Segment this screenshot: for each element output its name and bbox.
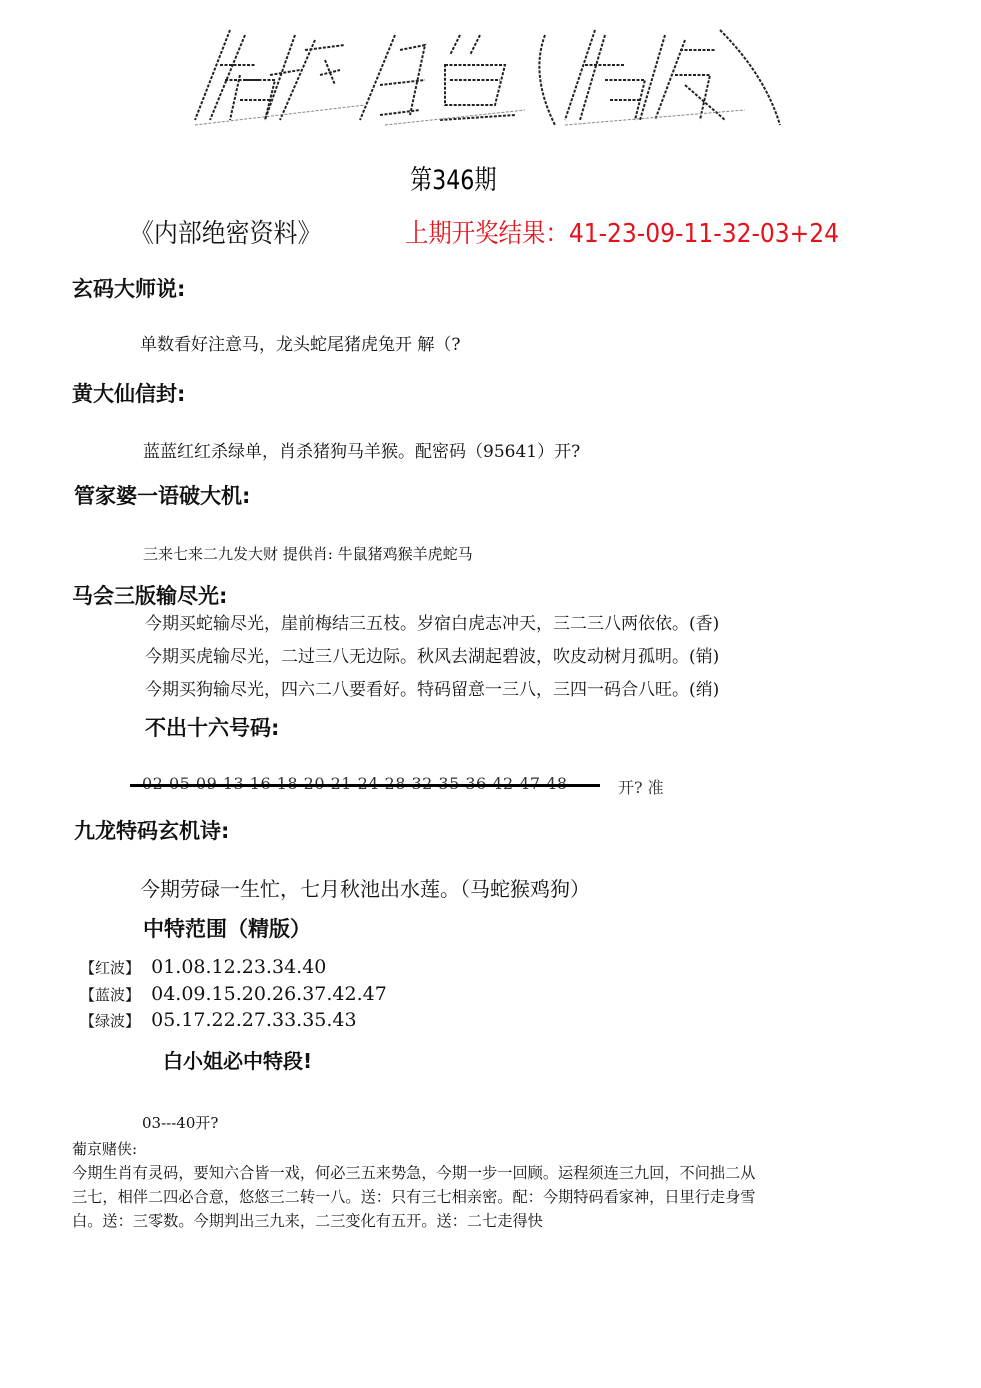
- section-heading-xuanma: 玄码大师说:: [72, 273, 185, 303]
- banner-sketch-graphic: [185, 25, 790, 135]
- wave-numbers-green: 05.17.22.27.33.35.43: [151, 1009, 356, 1031]
- mahui-line-2: 今期买虎输尽光，二过三八无边际。秋风去湖起碧波，吹皮动树月孤明。(销): [145, 642, 719, 667]
- section-text-baixiaojie: 03---40开?: [142, 1112, 218, 1133]
- banner-title: [185, 25, 790, 135]
- wave-row-blue: 【蓝波】 04.09.15.20.26.37.42.47: [80, 983, 387, 1005]
- wave-label-blue: 【蓝波】: [80, 986, 140, 1004]
- section-heading-pujing: 葡京赌侠:: [72, 1138, 137, 1159]
- wave-label-red: 【红波】: [80, 959, 140, 977]
- section-heading-jiulong: 九龙特码玄机诗:: [74, 815, 229, 845]
- strikethrough-line: [130, 784, 600, 787]
- section-text-guanjiapo: 三来七来二九发大财 提供肖: 牛鼠猪鸡猴羊虎蛇马: [143, 543, 473, 564]
- issue-number: 第346期: [410, 158, 497, 197]
- wave-label-green: 【绿波】: [80, 1012, 140, 1030]
- internal-materials-label: 《内部绝密资料》: [130, 213, 321, 250]
- section-heading-guanjiapo: 管家婆一语破大机:: [74, 480, 250, 510]
- section-heading-no16: 不出十六号码:: [145, 712, 279, 742]
- pujing-line-1: 今期生肖有灵码，要知六合皆一戏，何必三五来势急，今期一步一回顾。运程须连三九回，…: [72, 1162, 755, 1183]
- excluded-suffix: 开? 准: [618, 775, 664, 798]
- wave-numbers-blue: 04.09.15.20.26.37.42.47: [151, 983, 387, 1005]
- section-text-huangdaxian: 蓝蓝红红杀绿单，肖杀猪狗马羊猴。配密码（95641）开?: [143, 437, 580, 462]
- section-text-jiulong: 今期劳碌一生忙，七月秋池出水莲。（马蛇猴鸡狗）: [140, 873, 590, 902]
- section-heading-mahui: 马会三版输尽光:: [72, 580, 227, 610]
- wave-row-red: 【红波】 01.08.12.23.34.40: [80, 956, 326, 978]
- pujing-line-2: 三七，相伴二四必合意，悠悠三二转一八。送：只有三七相亲密。配：今期特码看家神，日…: [72, 1186, 755, 1207]
- wave-numbers-red: 01.08.12.23.34.40: [151, 956, 326, 978]
- mahui-line-3: 今期买狗输尽光，四六二八要看好。特码留意一三八，三四一码合八旺。(绡): [145, 675, 719, 700]
- last-result-numbers: 41-23-09-11-32-03+24: [569, 219, 839, 249]
- section-text-xuanma: 单数看好注意马，龙头蛇尾猪虎兔开 解（?: [140, 330, 461, 355]
- last-draw-result: 上期开奖结果：41-23-09-11-32-03+24: [405, 213, 839, 250]
- section-heading-huangdaxian: 黄大仙信封:: [72, 378, 185, 408]
- section-heading-baixiaojie: 白小姐必中特段!: [163, 1045, 312, 1074]
- mahui-line-1: 今期买蛇输尽光，崖前梅结三五枝。岁宿白虎志冲天，三二三八两依依。(香): [145, 609, 719, 634]
- wave-row-green: 【绿波】 05.17.22.27.33.35.43: [80, 1009, 357, 1031]
- section-heading-range: 中特范围（精版）: [143, 913, 311, 943]
- pujing-line-3: 白。送：三零数。今期判出三九来，二三变化有五开。送：二七走得快: [72, 1210, 543, 1231]
- last-result-label: 上期开奖结果：: [405, 219, 569, 249]
